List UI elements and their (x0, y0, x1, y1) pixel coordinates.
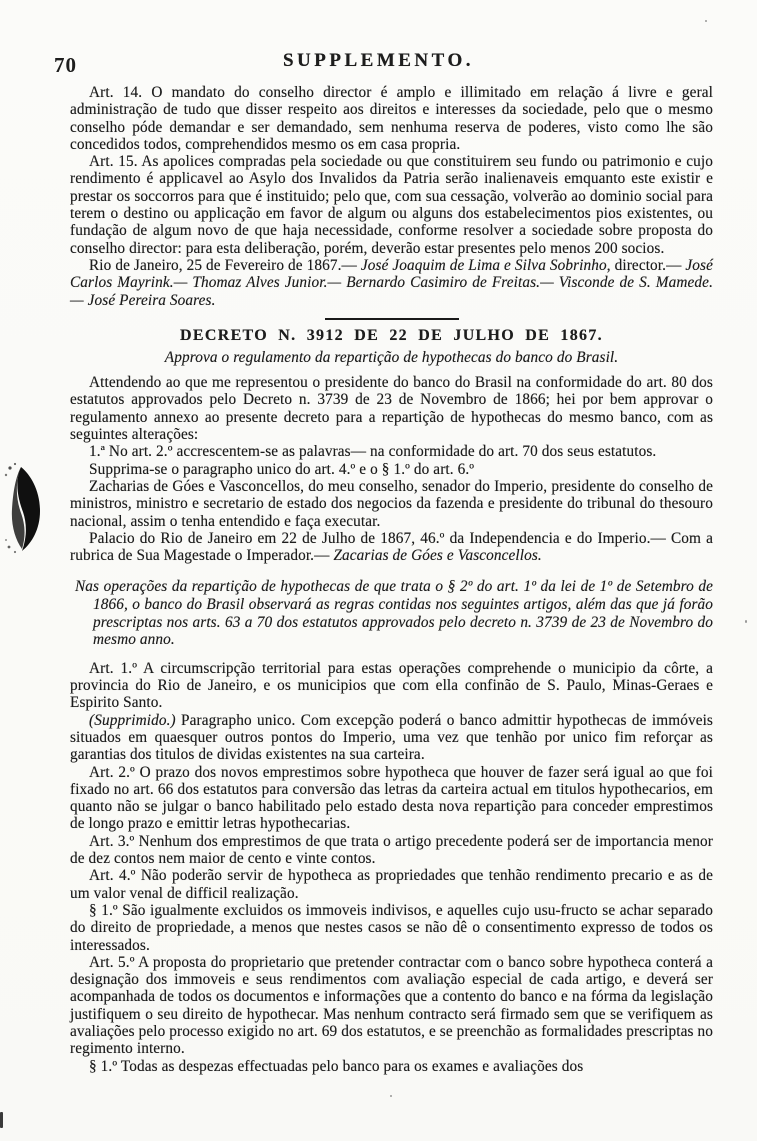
paragraph-reg-art2: Art. 2.º O prazo dos novos emprestimos s… (70, 764, 713, 833)
decree-title: DECRETO N. 3912 DE 22 DE JULHO DE 1867. (70, 326, 713, 346)
paragraph-signatures: Rio de Janeiro, 25 de Fevereiro de 1867.… (70, 257, 713, 309)
edge-scan-mark (0, 1112, 3, 1128)
paragraph-preamble: Attendendo ao que me representou o presi… (70, 374, 713, 443)
signature-date: Rio de Janeiro, 25 de Fevereiro de 1867.… (89, 257, 361, 274)
paragraph-art15: Art. 15. As apolices compradas pela soci… (70, 153, 713, 257)
paragraph-reg-art1: Art. 1.º A circumscripção territorial pa… (70, 660, 713, 712)
paragraph-reg-art3: Art. 3.º Nenhum dos emprestimos de que t… (70, 833, 713, 868)
paragraph-art14: Art. 14. O mandato do conselho director … (70, 84, 713, 153)
ink-blot-artifact (1, 461, 45, 556)
paragraph-alteration-1: 1.ª No art. 2.º accrescentem-se as palav… (70, 443, 713, 460)
text-block: Art. 14. O mandato do conselho director … (70, 84, 713, 1075)
page-title: SUPPLEMENTO. (0, 50, 757, 72)
paragraph-reg-art5-par1: § 1.º Todas as despezas effectuadas pelo… (70, 1058, 713, 1075)
paragraph-reg-art4-par1: § 1.º São igualmente excluidos os immove… (70, 902, 713, 954)
page-header: 70 SUPPLEMENTO. (0, 50, 757, 82)
signature-name-director: José Joaquim de Lima e Silva Sobrinho (361, 257, 607, 274)
paragraph-palace: Palacio do Rio de Janeiro em 22 de Julho… (70, 530, 713, 565)
section-divider (325, 318, 459, 320)
decree-subtitle: Approva o regulamento da repartição de h… (70, 349, 713, 366)
scan-speck (705, 20, 707, 22)
supprimido-label: (Supprimido.) (89, 712, 176, 729)
paragraph-alteration-2: Supprima-se o paragrapho unico do art. 4… (70, 461, 713, 478)
paragraph-reg-art4: Art. 4.º Não poderão servir de hypotheca… (70, 867, 713, 902)
paragraph-reg-art5: Art. 5.º A proposta do proprietario que … (70, 954, 713, 1058)
paragraph-execution: Zacharias de Góes e Vasconcellos, do meu… (70, 478, 713, 530)
document-page: 70 SUPPLEMENTO. Art. 14. O mandato do co… (0, 0, 757, 1141)
scan-speck (745, 620, 747, 623)
scan-speck (390, 1095, 392, 1097)
paragraph-reg-supprimido: (Supprimido.) Paragrapho unico. Com exce… (70, 712, 713, 764)
paragraph-regulation-note: Nas operações da repartição de hypotheca… (70, 578, 713, 648)
palace-signer: Zacarias de Góes e Vasconcellos. (333, 547, 541, 564)
signature-director-label: , director.— (607, 257, 686, 274)
